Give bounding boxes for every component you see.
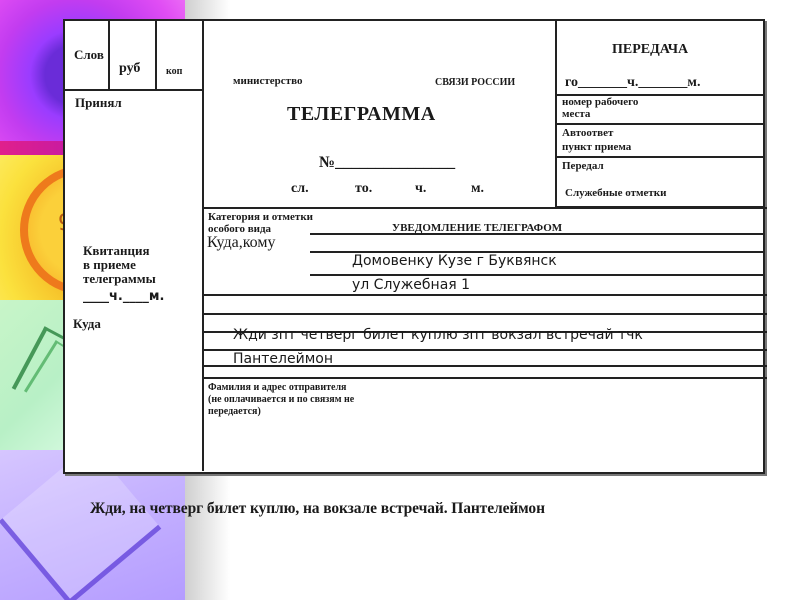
- autoreply-label-line: пункт приема: [562, 140, 631, 154]
- divider: [555, 123, 765, 125]
- autoreply-label-line: Автоответ: [562, 126, 631, 140]
- telegram-form: Слов руб коп Принял Квитанция в приеме т…: [63, 19, 765, 474]
- workplace-label-line: места: [562, 108, 638, 120]
- divider: [202, 294, 767, 296]
- where-label: Куда: [73, 316, 101, 332]
- recipient-line-1[interactable]: Домовенку Кузе г Буквянск: [352, 253, 557, 269]
- category-label: Категория и отметки особого вида: [208, 211, 313, 235]
- divider: [108, 21, 110, 89]
- field-hours: ч.: [415, 181, 426, 197]
- decoded-message-caption: Жди, на четверг билет куплю, на вокзале …: [90, 500, 545, 518]
- ministry-label: министерство: [233, 75, 302, 87]
- document-title: ТЕЛЕГРАММА: [287, 103, 436, 126]
- receipt-label-line: Квитанция: [83, 244, 156, 258]
- sender-label-line: (не оплачивается и по связям не: [208, 394, 354, 406]
- field-words: сл.: [291, 181, 309, 197]
- divider: [202, 313, 767, 315]
- transmitted-label: Передал: [562, 160, 604, 172]
- workplace-label-line: номер рабочего: [562, 96, 638, 108]
- divider: [555, 21, 557, 207]
- message-line-1[interactable]: Жди зпт четверг билет куплю зпт вокзал в…: [233, 327, 643, 343]
- recipient-label: Куда,кому: [207, 234, 275, 252]
- service-marks-label: Служебные отметки: [565, 187, 666, 199]
- divider: [155, 21, 157, 89]
- sender-label: Фамилия и адрес отправителя (не оплачива…: [208, 382, 354, 418]
- divider: [555, 156, 765, 158]
- transmission-title: ПЕРЕДАЧА: [612, 42, 688, 58]
- receipt-label-line: телеграммы: [83, 272, 156, 286]
- kop-label: коп: [166, 66, 182, 77]
- divider: [310, 274, 765, 276]
- receipt-label-line: в приеме: [83, 258, 156, 272]
- transmission-time-field[interactable]: го_______ч._______м.: [565, 75, 700, 91]
- divider: [202, 377, 767, 379]
- number-field[interactable]: №_______________: [319, 154, 455, 172]
- receipt-time-field[interactable]: ____ч.____м.: [83, 289, 164, 304]
- category-label-line: Категория и отметки: [208, 211, 313, 223]
- recipient-line-2[interactable]: ул Служебная 1: [352, 277, 470, 293]
- accepted-label: Принял: [75, 95, 122, 111]
- message-line-2[interactable]: Пантелеймон: [233, 351, 333, 367]
- field-to: то.: [355, 181, 372, 197]
- divider: [202, 207, 767, 209]
- rub-label: руб: [119, 61, 140, 77]
- notification-label: УВЕДОМЛЕНИЕ ТЕЛЕГРАФОМ: [392, 222, 562, 234]
- words-label: Слов: [74, 47, 104, 63]
- autoreply-label: Автоответ пункт приема: [562, 126, 631, 154]
- sender-label-line: передается): [208, 406, 354, 418]
- workplace-label: номер рабочего места: [562, 96, 638, 120]
- sender-label-line: Фамилия и адрес отправителя: [208, 382, 354, 394]
- ministry-of-label: СВЯЗИ РОССИИ: [435, 77, 515, 88]
- field-minutes: м.: [471, 181, 484, 197]
- divider: [65, 89, 204, 91]
- receipt-label: Квитанция в приеме телеграммы: [83, 244, 156, 286]
